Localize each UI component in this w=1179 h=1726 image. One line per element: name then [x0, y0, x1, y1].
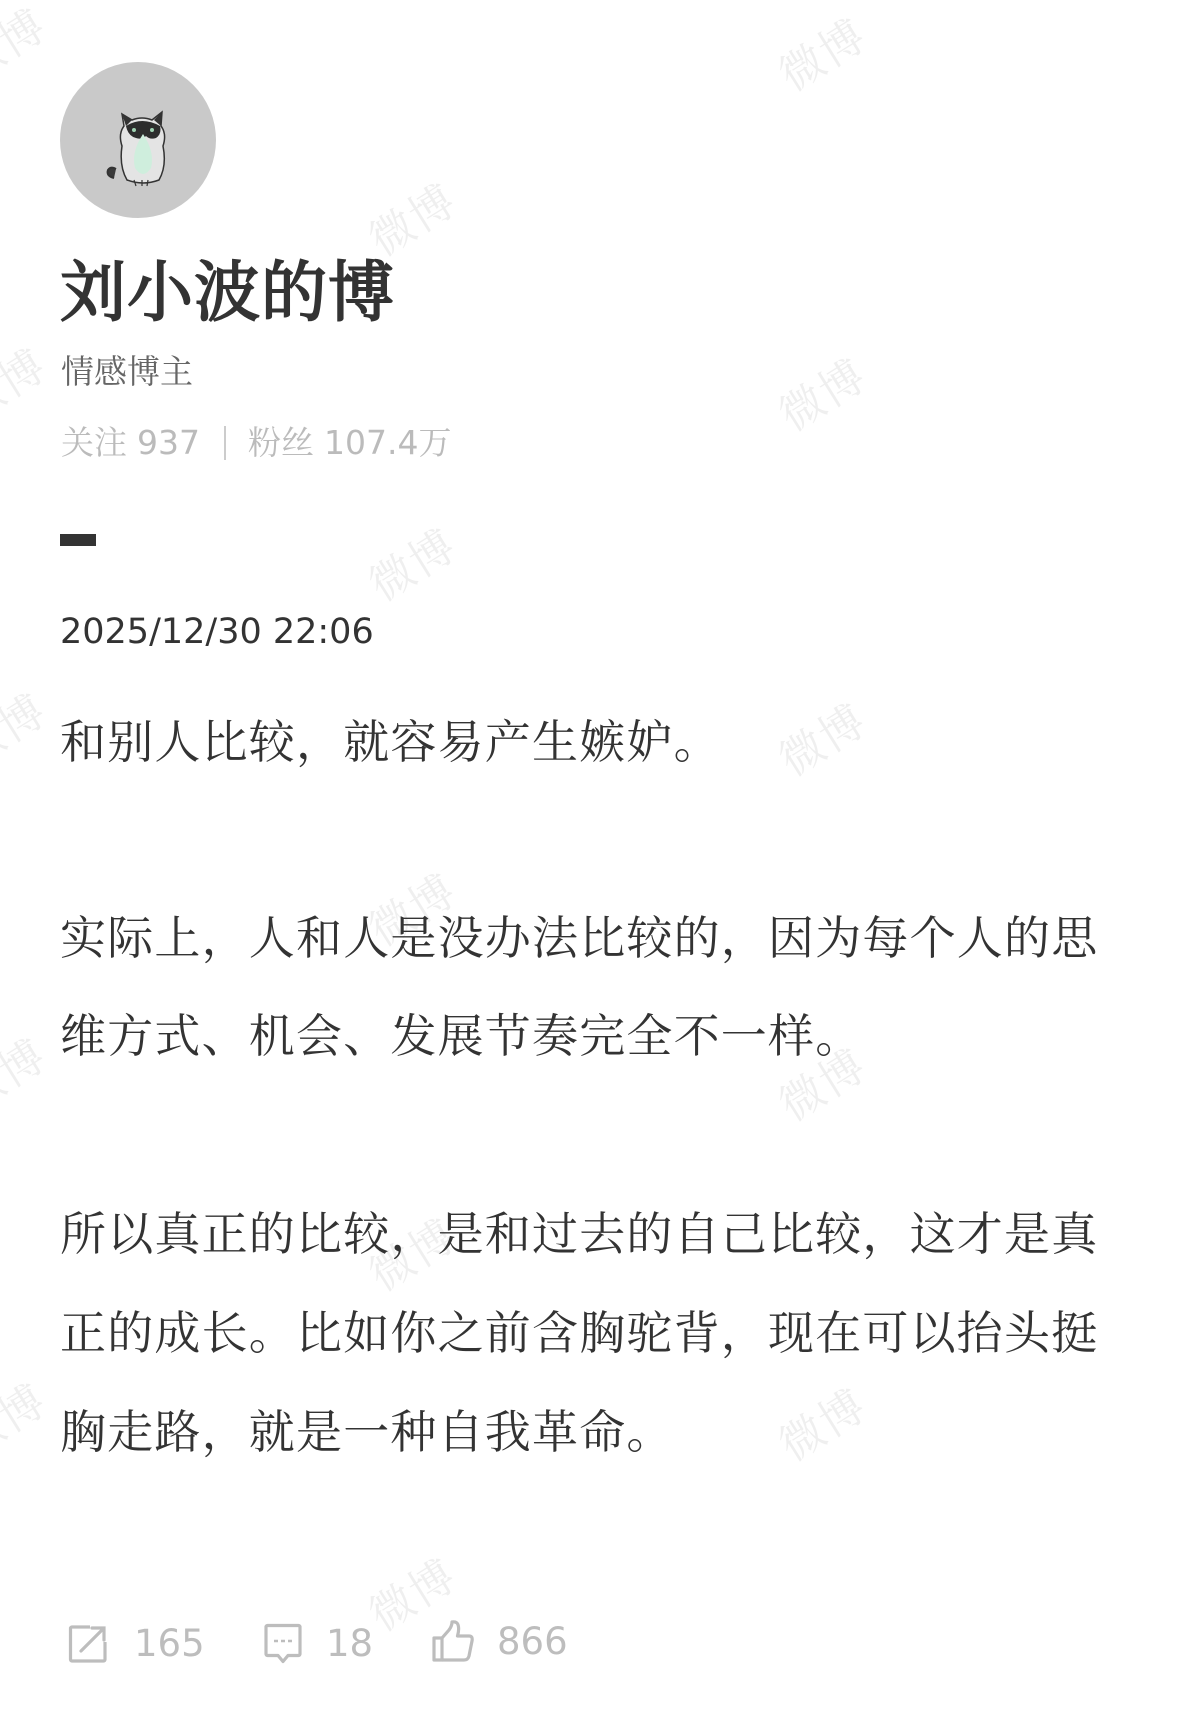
watermark: 微博 — [355, 510, 467, 613]
watermark: 微博 — [0, 1020, 57, 1123]
share-count: 165 — [134, 1622, 205, 1665]
like-icon — [431, 1619, 475, 1663]
comment-button[interactable]: 18 — [263, 1622, 373, 1665]
like-button[interactable]: 866 — [431, 1619, 568, 1663]
like-count: 866 — [497, 1620, 568, 1663]
post-line: 所以真正的比较，是和过去的自己比较，这才是真 — [60, 1204, 1098, 1264]
watermark: 微博 — [765, 685, 877, 788]
post-line: 实际上，人和人是没办法比较的，因为每个人的思 — [60, 908, 1098, 968]
following-count[interactable]: 937 — [137, 419, 200, 467]
profile-name[interactable]: 刘小波的博 — [60, 250, 395, 336]
watermark: 微博 — [0, 330, 57, 433]
watermark: 微博 — [765, 340, 877, 443]
post-timestamp: 2025/12/30 22:06 — [60, 608, 374, 656]
followers-label[interactable]: 粉丝 — [248, 419, 314, 467]
post-line: 和别人比较，就容易产生嫉妒。 — [60, 712, 721, 772]
section-divider — [60, 534, 96, 546]
post-line: 维方式、机会、发展节奏完全不一样。 — [60, 1006, 862, 1066]
cat-avatar-icon — [60, 62, 216, 218]
profile-tag: 情感博主 — [61, 350, 193, 394]
watermark: 微博 — [765, 0, 877, 103]
post-line: 正的成长。比如你之前含胸驼背，现在可以抬头挺 — [60, 1303, 1098, 1363]
post-line: 胸走路，就是一种自我革命。 — [60, 1402, 674, 1462]
watermark: 微博 — [0, 1365, 57, 1468]
comment-icon — [263, 1623, 303, 1665]
watermark: 微博 — [765, 1370, 877, 1473]
watermark: 微博 — [0, 675, 57, 778]
followers-count[interactable]: 107.4万 — [324, 419, 451, 467]
share-button[interactable]: 165 — [68, 1622, 205, 1665]
watermark: 微博 — [0, 0, 57, 94]
comment-count: 18 — [326, 1622, 373, 1665]
profile-stats: 关注 937 粉丝 107.4万 — [61, 419, 451, 467]
share-icon — [68, 1624, 108, 1664]
avatar[interactable] — [60, 62, 216, 218]
stats-divider — [224, 426, 226, 460]
following-label[interactable]: 关注 — [61, 419, 127, 467]
